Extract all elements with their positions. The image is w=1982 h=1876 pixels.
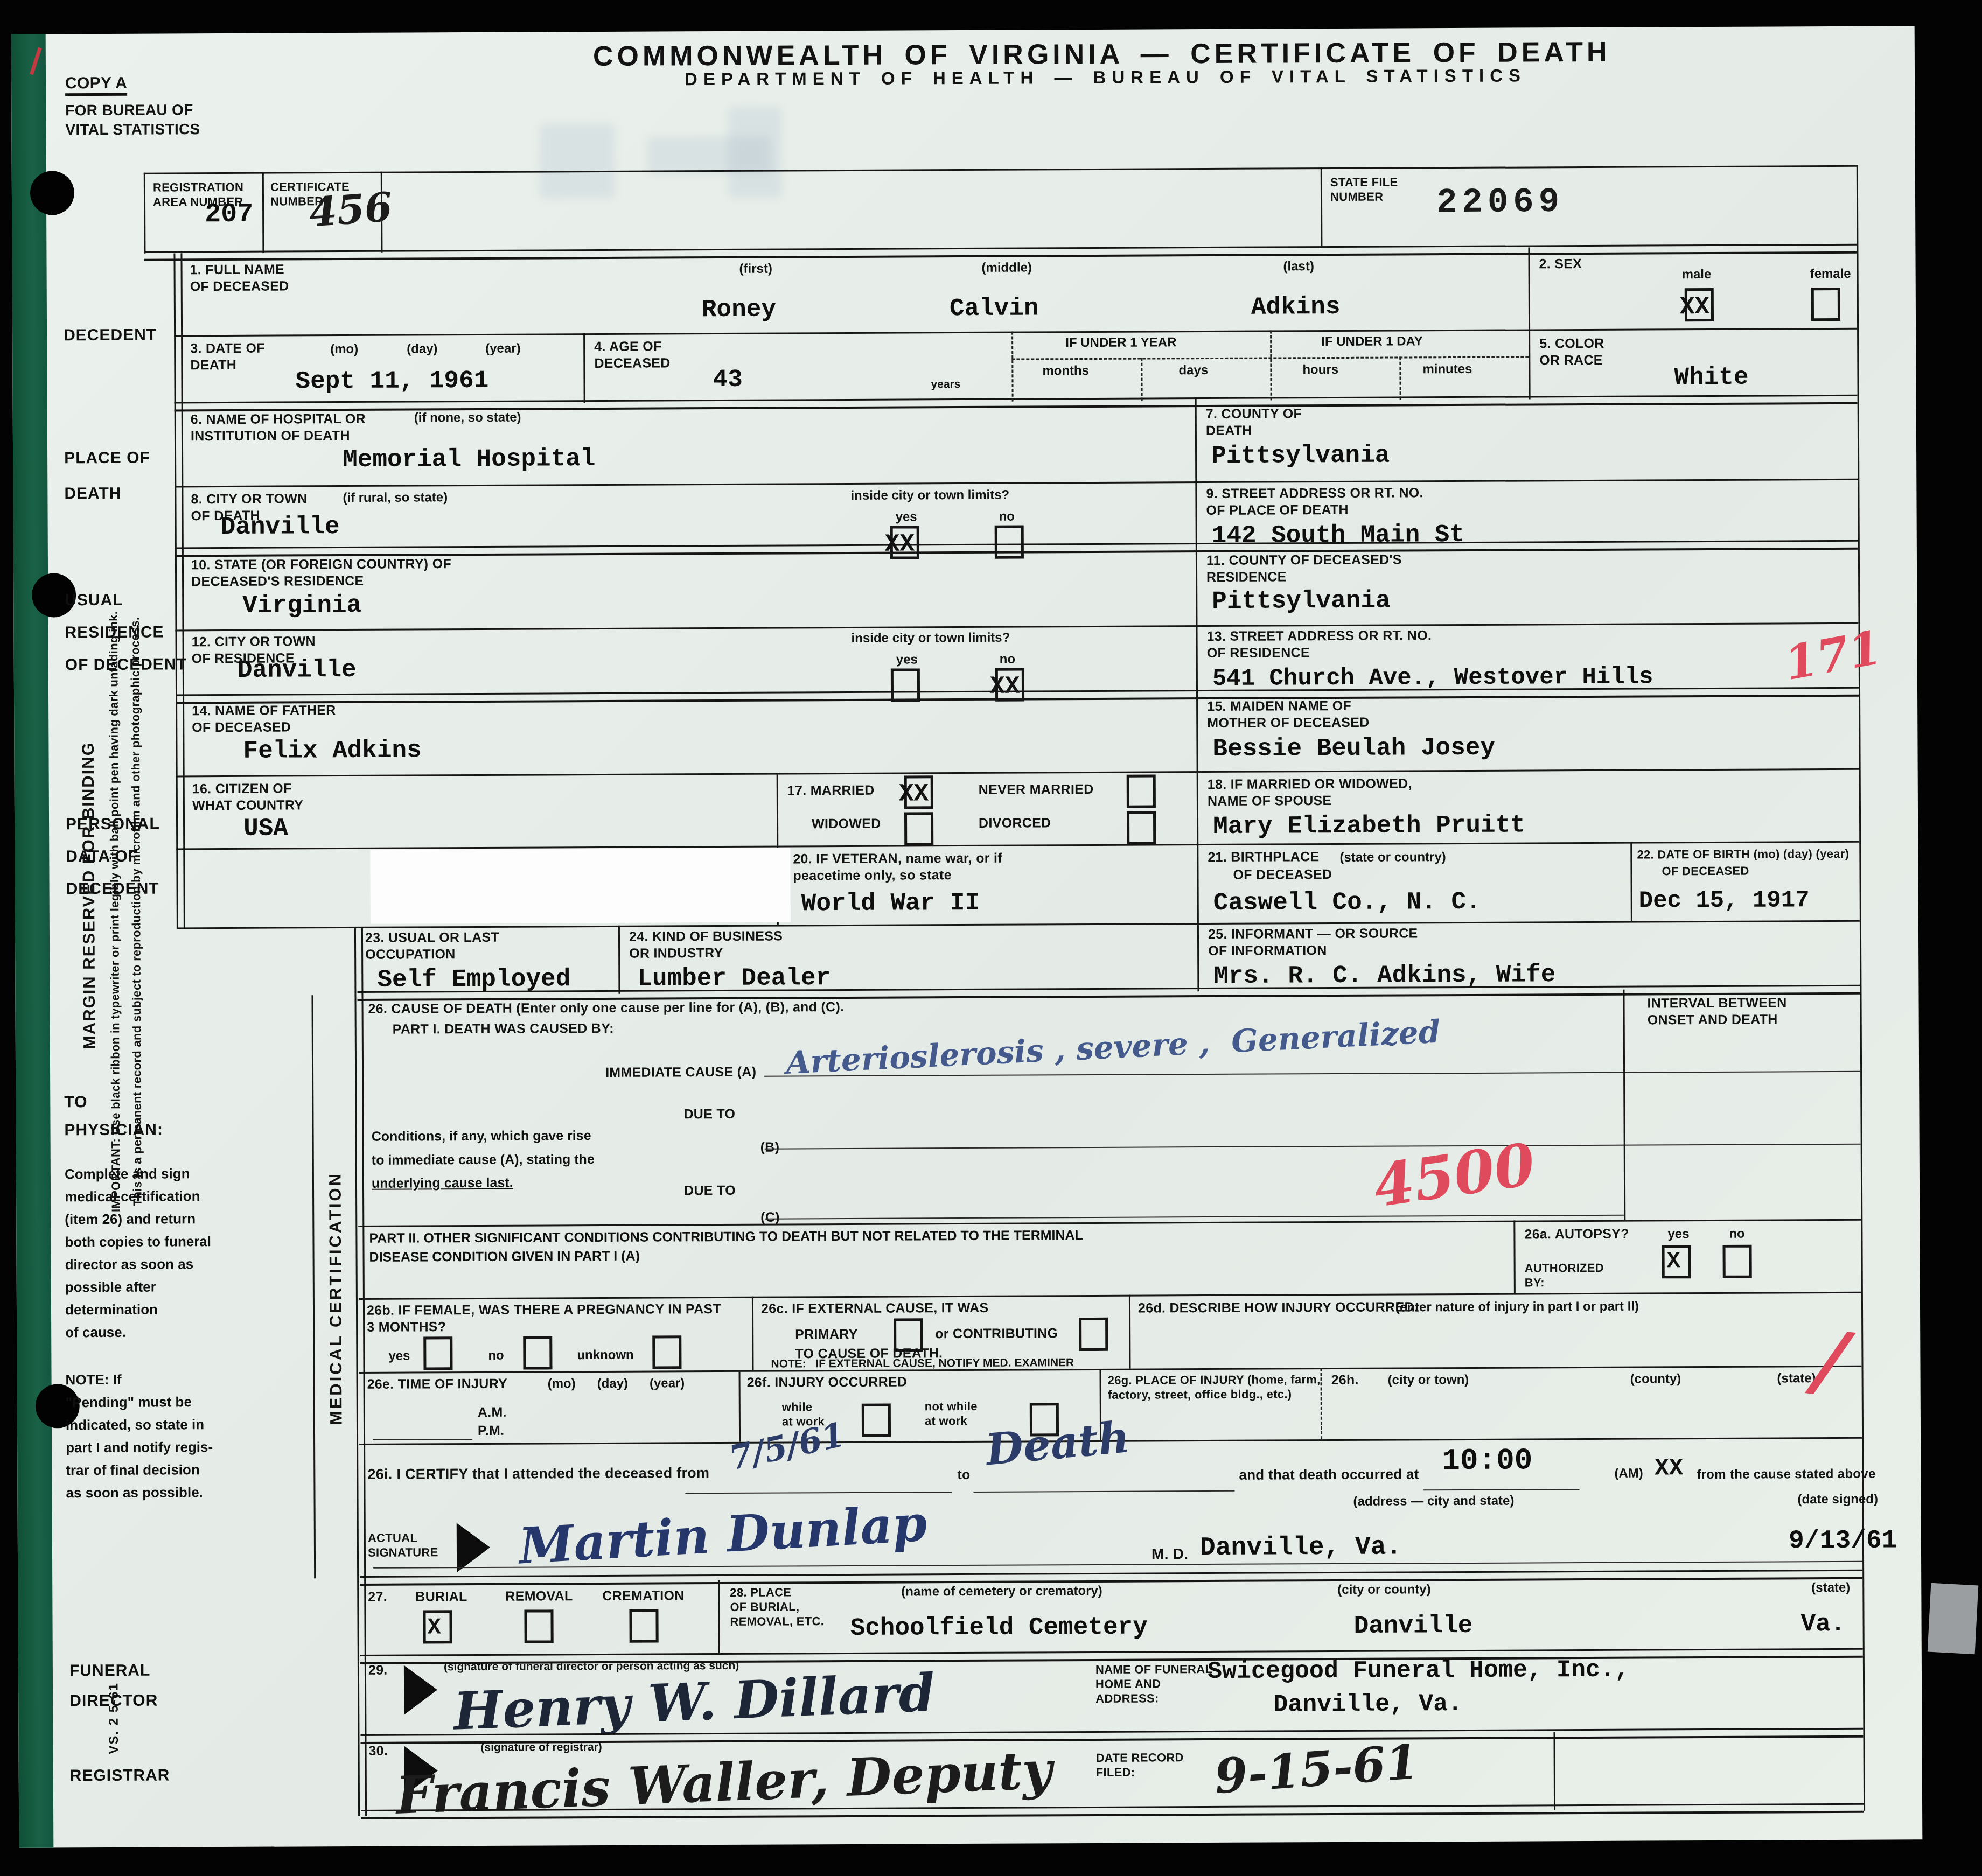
city-residence-value: Danville — [238, 656, 357, 684]
field-26f-label: 26f. INJURY OCCURRED — [747, 1374, 908, 1391]
divider — [618, 926, 620, 994]
mother-name-value: Bessie Beulah Josey — [1212, 734, 1495, 762]
field-26d-cap: (enter nature of injury in part I or par… — [1395, 1299, 1639, 1315]
field-15-label: 15. MAIDEN NAME OF MOTHER OF DECEASED — [1207, 698, 1370, 732]
date-signed-cap: (date signed) — [1798, 1492, 1878, 1508]
field-6-cap: (if none, so state) — [414, 410, 521, 426]
divorced-label: DIVORCED — [979, 815, 1051, 832]
divider — [176, 768, 1859, 778]
address-residence-value: 541 Church Ave., Westover Hills — [1212, 663, 1653, 692]
checkbox-pregnancy-no — [523, 1336, 552, 1369]
field-26h-county-cap: (county) — [1630, 1371, 1681, 1387]
ghost-print — [728, 106, 782, 198]
field-23-label: 23. USUAL OR LAST OCCUPATION — [365, 929, 499, 963]
burial-city-cap: (city or county) — [1337, 1582, 1430, 1598]
field-4-label: 4. AGE OF DECEASED — [594, 338, 671, 372]
contributing-label: or CONTRIBUTING — [935, 1325, 1058, 1342]
burial-mark: X — [427, 1614, 441, 1640]
state-file-label: STATE FILE NUMBER — [1330, 174, 1398, 204]
divider — [174, 328, 1857, 337]
limits-death-yes-mark: XX — [885, 530, 915, 558]
limits-res-no-mark: XX — [990, 673, 1020, 701]
burial-state-cap: (state) — [1811, 1580, 1850, 1595]
county-residence-value: Pittsylvania — [1212, 587, 1390, 615]
field-26b-label: 26b. IF FEMALE, WAS THERE A PREGNANCY IN… — [367, 1301, 721, 1336]
field-10-label: 10. STATE (OR FOREIGN COUNTRY) OF DECEAS… — [191, 556, 451, 590]
field-26-label: 26. CAUSE OF DEATH (Enter only one cause… — [368, 999, 845, 1018]
field-13-label: 13. STREET ADDRESS OR RT. NO. OF RESIDEN… — [1207, 627, 1432, 662]
pm-label: P.M. — [478, 1423, 505, 1439]
divider — [1513, 1221, 1516, 1293]
address-of-death-value: 142 South Main St — [1212, 521, 1464, 549]
section-medical-certification: MEDICAL CERTIFICATION — [326, 1172, 344, 1425]
conditions-text: Conditions, if any, which gave rise to i… — [372, 1124, 595, 1172]
interval-label: INTERVAL BETWEEN ONSET AND DEATH — [1647, 995, 1786, 1028]
scan-background: MARGIN RESERVED FOR BINDING IMPORTANT: U… — [0, 0, 1982, 1876]
divider — [262, 172, 264, 253]
divider — [144, 173, 146, 254]
color-race-value: White — [1674, 364, 1748, 391]
pregnancy-unknown-cap: unknown — [577, 1348, 633, 1363]
red-slash-mark: / — [1810, 1312, 1852, 1410]
days-cap: days — [1178, 363, 1208, 378]
cemetery-value: Schoolfield Cemetery — [850, 1614, 1147, 1642]
cause-stated-label: from the cause stated above — [1697, 1466, 1875, 1483]
autopsy-yes-mark: X — [1667, 1248, 1680, 1274]
stray-paper-edge — [1928, 1583, 1979, 1654]
limits-cap-residence: inside city or town limits? — [852, 631, 1010, 646]
divider — [1321, 167, 1323, 248]
date-record-filed-label: DATE RECORD FILED: — [1096, 1750, 1184, 1780]
hospital-value: Memorial Hospital — [343, 445, 595, 473]
field-7-label: 7. COUNTY OF DEATH — [1206, 405, 1302, 439]
cremation-label: CREMATION — [602, 1587, 684, 1605]
checkbox-limits-death-no — [995, 526, 1024, 559]
divider — [175, 395, 1858, 412]
divider — [1399, 356, 1401, 400]
field-22-label2: OF DECEASED — [1662, 864, 1749, 879]
limits-no-cap: no — [999, 509, 1015, 524]
sex-female-cap: female — [1810, 267, 1851, 282]
certify-to-label: to — [957, 1467, 970, 1483]
part2-label: PART II. OTHER SIGNIFICANT CONDITIONS CO… — [369, 1226, 1083, 1267]
field-26h-label: 26h. — [1331, 1372, 1359, 1389]
date-of-death-value: Sept 11, 1961 — [295, 367, 488, 395]
field-3-label: 3. DATE OF DEATH — [190, 340, 265, 374]
field-20-label: 20. IF VETERAN, name war, or if peacetim… — [793, 850, 1002, 885]
physician-instructions: Complete and sign medical certification … — [65, 1162, 212, 1343]
date-record-filed-value: 9-15-61 — [1212, 1733, 1420, 1804]
arrow-icon — [404, 1665, 437, 1714]
field-11-label: 11. COUNTY OF DECEASED'S RESIDENCE — [1206, 551, 1402, 586]
am-cap: (AM) — [1614, 1466, 1643, 1481]
form-left-border — [173, 253, 185, 929]
cemetery-cap: (name of cemetery or crematory) — [901, 1584, 1102, 1600]
physician-note: NOTE: If "Pending" must be indicated, so… — [65, 1368, 213, 1504]
redacted-area — [370, 848, 791, 923]
md-label: M. D. — [1151, 1545, 1189, 1562]
sex-male-mark: XX — [1680, 293, 1709, 321]
limits-yes-cap: yes — [896, 509, 917, 524]
decedent-last-name: Adkins — [1251, 293, 1341, 321]
field-21-cap: (state or country) — [1339, 850, 1446, 865]
divider — [144, 165, 1858, 174]
field-14-label: 14. NAME OF FATHER OF DECEASED — [192, 702, 336, 736]
age-years-cap: years — [931, 377, 960, 392]
copy-sub-label: FOR BUREAU OF VITAL STATISTICS — [65, 100, 200, 139]
age-value: 43 — [713, 366, 742, 393]
checkbox-removal — [524, 1609, 553, 1643]
field-24-label: 24. KIND OF BUSINESS OR INDUSTRY — [629, 928, 783, 962]
divider — [1528, 247, 1530, 399]
divider — [752, 1297, 754, 1370]
death-certificate-page: MARGIN RESERVED FOR BINDING IMPORTANT: U… — [11, 26, 1923, 1847]
field-22-label: 22. DATE OF BIRTH (mo) (day) (year) — [1637, 846, 1849, 862]
pregnancy-no-cap: no — [488, 1348, 504, 1363]
physician-city-value: Danville, Va. — [1200, 1534, 1402, 1562]
divider — [358, 1219, 1861, 1227]
section-to-physician: TO PHYSICIAN: — [64, 1088, 163, 1145]
actual-signature-label: ACTUAL SIGNATURE — [368, 1530, 438, 1560]
checkbox-divorced — [1127, 811, 1156, 844]
state-file-value: 22069 — [1436, 189, 1564, 216]
field-26e-caps: (mo) (day) (year) — [548, 1376, 685, 1391]
decedent-middle-name: Calvin — [950, 295, 1039, 322]
authorized-by-label: AUTHORIZED BY: — [1525, 1261, 1604, 1290]
field-3-cap-mo: (mo) — [330, 342, 358, 357]
field-2-label: 2. SEX — [1539, 256, 1582, 272]
divider — [1553, 1732, 1555, 1810]
pregnancy-yes-cap: yes — [388, 1349, 410, 1364]
field-26h-city-cap: (city or town) — [1388, 1373, 1469, 1388]
birthplace-value: Caswell Co., N. C. — [1213, 888, 1481, 916]
divider — [583, 333, 585, 403]
sex-male-cap: male — [1682, 267, 1712, 282]
checkbox-autopsy-no — [1723, 1245, 1752, 1278]
section-personal-data: PERSONAL DATA OF DECEDENT — [66, 808, 160, 906]
certificate-number-value: 456 — [308, 184, 394, 236]
divider — [1270, 331, 1272, 401]
field-29-label: 29. — [368, 1662, 388, 1679]
binding-strip — [11, 34, 54, 1847]
business-value: Lumber Dealer — [637, 964, 831, 992]
certify-to-handwriting: Death — [983, 1411, 1132, 1475]
months-cap: months — [1042, 363, 1089, 379]
divider — [718, 1580, 720, 1655]
field-1-cap-first: (first) — [739, 262, 772, 277]
field-21-label: 21. BIRTHPLACE — [1208, 849, 1319, 866]
divider — [1320, 1368, 1322, 1439]
red-code-4500: 4500 — [1369, 1130, 1539, 1221]
section-decedent: DECEDENT — [64, 319, 157, 352]
divider — [176, 841, 1859, 850]
limits-res-yes-cap: yes — [896, 652, 918, 667]
occupation-value: Self Employed — [377, 965, 570, 993]
checkbox-contributing — [1079, 1318, 1108, 1351]
due-to-label: DUE TO — [683, 1106, 735, 1123]
cause-a-handwriting: Arterioslerosis , severe , Generalized — [785, 1013, 1441, 1081]
divider — [144, 244, 1858, 261]
field-5-label: 5. COLOR OR RACE — [1539, 335, 1604, 369]
decedent-first-name: Roney — [702, 296, 776, 324]
cause-b-label: (B) — [760, 1139, 780, 1156]
date-signed-value: 9/13/61 — [1789, 1527, 1897, 1555]
punch-hole — [30, 171, 74, 215]
limits-res-no-cap: no — [1000, 652, 1015, 667]
field-26i-label: 26i. I CERTIFY that I attended the decea… — [367, 1465, 709, 1483]
state-residence-value: Virginia — [242, 592, 361, 619]
field-3-cap-year: (year) — [485, 341, 520, 356]
informant-value: Mrs. R. C. Adkins, Wife — [1213, 961, 1555, 990]
copy-label: COPY A — [65, 75, 127, 96]
field-18-label: 18. IF MARRIED OR WIDOWED, NAME OF SPOUS… — [1208, 775, 1412, 810]
arrow-icon — [457, 1523, 490, 1572]
time-of-death-value: 10:00 — [1442, 1447, 1532, 1474]
minutes-cap: minutes — [1422, 362, 1472, 377]
am-mark: XX — [1655, 1455, 1683, 1482]
veteran-value: World War II — [801, 890, 980, 917]
checkbox-sex-female — [1811, 288, 1840, 321]
burial-city-value: Danville — [1353, 1612, 1472, 1640]
field-1-label: 1. FULL NAME OF DECEASED — [190, 261, 289, 295]
field-26h-state-cap: (state) — [1777, 1371, 1816, 1386]
widowed-label: WIDOWED — [812, 816, 881, 833]
checkbox-never-married — [1127, 774, 1156, 808]
spouse-name-value: Mary Elizabeth Pruitt — [1213, 811, 1525, 840]
section-place-of-death: PLACE OF DEATH — [64, 440, 150, 512]
field-3-cap-day: (day) — [407, 341, 437, 356]
field-16-label: 16. CITIZEN OF WHAT COUNTRY — [192, 780, 304, 814]
divider — [1623, 990, 1625, 1220]
divider — [1630, 842, 1632, 921]
father-name-value: Felix Adkins — [243, 737, 421, 764]
address-cap: (address — city and state) — [1353, 1494, 1515, 1509]
red-annotation-171: 171 — [1781, 620, 1886, 691]
divider — [1141, 358, 1142, 401]
due-to2-label: DUE TO — [684, 1182, 736, 1199]
field-27-label: 27. — [368, 1589, 387, 1606]
divider — [1011, 332, 1014, 402]
field-26c-label: 26c. IF EXTERNAL CAUSE, IT WAS — [761, 1300, 989, 1318]
physician-signature: Martin Dunlap — [517, 1494, 929, 1576]
divider — [311, 995, 316, 1578]
divider — [175, 622, 1858, 632]
autopsy-no-cap: no — [1729, 1227, 1744, 1242]
checkbox-cremation — [629, 1609, 658, 1643]
section-registrar: REGISTRAR — [70, 1759, 170, 1792]
conditions-underlined: underlying cause last. — [372, 1172, 513, 1195]
date-of-birth-value: Dec 15, 1917 — [1639, 887, 1810, 914]
ghost-print — [539, 123, 615, 199]
funeral-home-label: NAME OF FUNERAL HOME AND ADDRESS: — [1095, 1662, 1213, 1706]
section-funeral-director: FUNERAL DIRECTOR — [69, 1656, 158, 1717]
certify-to-line — [973, 1490, 1234, 1493]
divider — [739, 1370, 741, 1442]
certify-from-line — [685, 1492, 952, 1494]
married-mark: XX — [899, 780, 929, 808]
funeral-home-value: Swicegood Funeral Home, Inc., — [1208, 1657, 1629, 1685]
checkbox-pregnancy-unknown — [652, 1335, 681, 1369]
checkbox-limits-res-yes — [891, 668, 920, 702]
divider — [175, 479, 1858, 488]
never-married-label: NEVER MARRIED — [979, 781, 1094, 799]
under-1-year-cap: IF UNDER 1 YEAR — [1065, 335, 1176, 351]
divider — [373, 1439, 472, 1440]
county-of-death-value: Pittsylvania — [1211, 442, 1390, 470]
field-17-label: 17. MARRIED — [787, 782, 875, 800]
primary-label: PRIMARY — [795, 1326, 858, 1343]
occurred-label: and that death occurred at — [1239, 1466, 1419, 1483]
funeral-home-city: Danville, Va. — [1273, 1691, 1462, 1719]
checkbox-widowed — [904, 812, 933, 845]
field-26g-label: 26g. PLACE OF INJURY (home, farm, factor… — [1108, 1372, 1321, 1402]
divider — [357, 985, 1860, 1001]
field-8-cap: (if rural, so state) — [343, 490, 448, 506]
section-usual-residence: USUAL RESIDENCE OF DECEDENT — [65, 584, 187, 681]
under-1-day-cap: IF UNDER 1 DAY — [1321, 334, 1423, 349]
time-line — [1423, 1489, 1579, 1490]
immediate-cause-label: IMMEDIATE CAUSE (A) — [605, 1064, 756, 1081]
autopsy-yes-cap: yes — [1667, 1227, 1689, 1242]
limits-cap-death: inside city or town limits? — [850, 488, 1009, 503]
field-30-label: 30. — [369, 1743, 388, 1760]
registrar-signature-cap: (signature of registrar) — [481, 1740, 602, 1755]
registration-area-value: 207 — [205, 201, 253, 228]
part1-label: PART I. DEATH WAS CAUSED BY: — [393, 1020, 614, 1038]
field-1-cap-last: (last) — [1283, 259, 1314, 274]
hours-cap: hours — [1302, 362, 1338, 377]
divider — [360, 1570, 1862, 1586]
field-6-label: 6. NAME OF HOSPITAL OR INSTITUTION OF DE… — [191, 411, 366, 445]
checkbox-while-at-work — [862, 1404, 891, 1437]
city-of-death-value: Danville — [221, 513, 340, 541]
removal-label: REMOVAL — [505, 1588, 573, 1605]
page-subtitle: DEPARTMENT OF HEALTH — BUREAU OF VITAL S… — [685, 65, 1526, 89]
field-25-label: 25. INFORMANT — OR SOURCE OF INFORMATION — [1208, 925, 1418, 960]
field-9-label: 9. STREET ADDRESS OR RT. NO. OF PLACE OF… — [1206, 485, 1423, 519]
cause-line-c — [765, 1215, 1624, 1220]
am-label: A.M. — [478, 1404, 507, 1421]
divider — [1129, 1295, 1131, 1369]
field-1-cap-middle: (middle) — [982, 260, 1032, 275]
checkbox-pregnancy-yes — [423, 1336, 452, 1370]
field-21-label2: OF DECEASED — [1233, 866, 1332, 884]
field-26a-label: 26a. AUTOPSY? — [1524, 1226, 1629, 1243]
cause-line-b — [765, 1144, 1861, 1150]
field-28-label: 28. PLACE OF BURIAL, REMOVAL, ETC. — [730, 1585, 824, 1629]
citizen-value: USA — [243, 815, 288, 842]
field-26e-label: 26e. TIME OF INJURY — [367, 1376, 508, 1393]
burial-state-value: Va. — [1800, 1611, 1845, 1637]
not-while-at-work-label: not while at work — [925, 1399, 978, 1428]
field-26d-label: 26d. DESCRIBE HOW INJURY OCCURRED. — [1138, 1299, 1418, 1317]
burial-label: BURIAL — [415, 1588, 467, 1605]
